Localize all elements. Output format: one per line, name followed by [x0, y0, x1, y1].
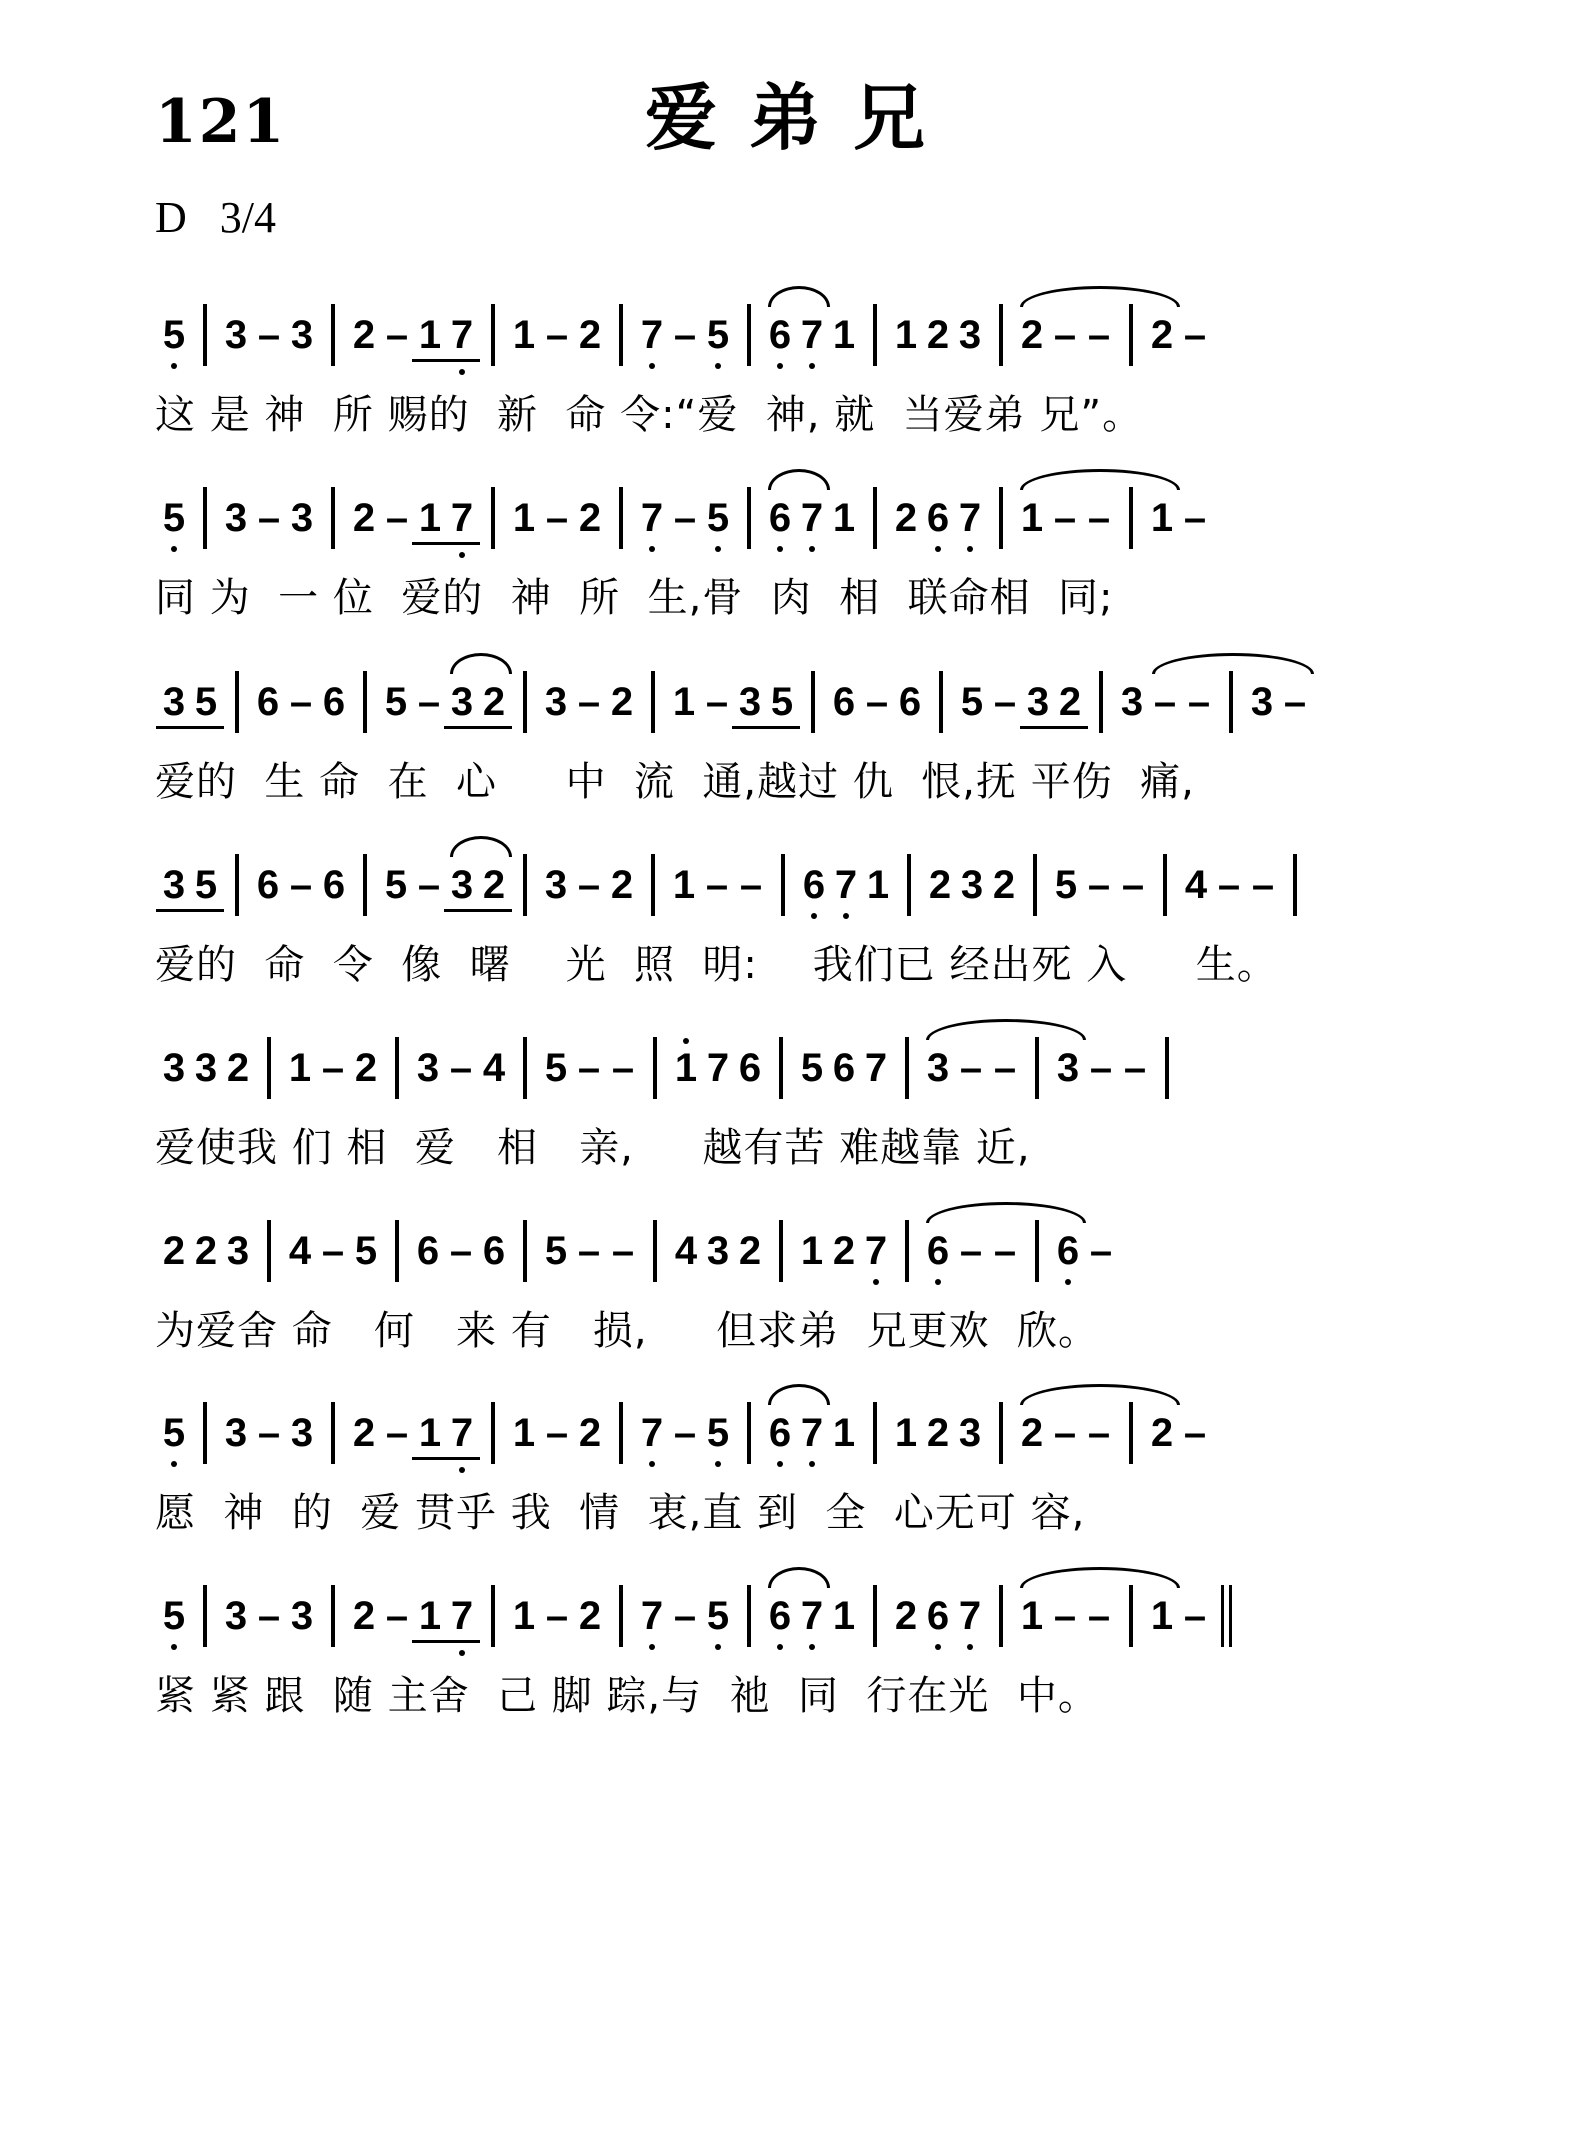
extension-dash: – [1148, 682, 1182, 722]
barline [350, 671, 380, 733]
note: 2 [190, 1231, 222, 1271]
barline [606, 487, 636, 549]
note: 1 [508, 315, 540, 355]
note: 3 [220, 1413, 252, 1453]
note: 5 [702, 498, 734, 538]
barline [606, 304, 636, 366]
barline [510, 671, 540, 733]
note: 3 [220, 315, 252, 355]
note: 2 [158, 1231, 190, 1271]
low-octave-dot [777, 1644, 783, 1650]
low-octave-dot [967, 546, 973, 552]
note: 6 [828, 1048, 860, 1088]
barline [1022, 1037, 1052, 1099]
extension-dash: – [412, 682, 446, 722]
extension-dash: – [734, 865, 768, 905]
note: 2 [350, 1048, 382, 1088]
underline-eighth [1052, 726, 1088, 729]
underline-eighth [412, 359, 448, 362]
note: 5 [540, 1231, 572, 1271]
note: 3 [190, 1048, 222, 1088]
low-octave-dot [967, 1644, 973, 1650]
underline-eighth [412, 1640, 448, 1643]
note: 3 [286, 1413, 318, 1453]
note: 4 [670, 1231, 702, 1271]
lyric-line-7: 愿 神 的 爱 贯乎 我 情 衷,直 到 全 心无可 容, [155, 1493, 1085, 1533]
barline [926, 671, 956, 733]
slur-arc [768, 1567, 830, 1588]
barline [478, 1585, 508, 1647]
extension-dash: – [606, 1231, 640, 1271]
hymn-title: 爱弟兄 [645, 82, 957, 154]
barline [638, 671, 668, 733]
extension-dash: – [1048, 1596, 1082, 1636]
notation-line-1: 53–32–171–27–56711232––2– [158, 300, 1212, 370]
note: 1 [284, 1048, 316, 1088]
note: 3 [540, 865, 572, 905]
barline [254, 1220, 284, 1282]
note: 7 [446, 1596, 478, 1636]
barline [734, 1585, 764, 1647]
underline-eighth [444, 1457, 480, 1460]
note: 6 [412, 1231, 444, 1271]
note: 6 [252, 865, 284, 905]
extension-dash: – [988, 682, 1022, 722]
extension-dash: – [606, 1048, 640, 1088]
note: 3 [1246, 682, 1278, 722]
note: 7 [636, 498, 668, 538]
low-octave-dot [649, 1461, 655, 1467]
lyric-line-4: 爱的 命 令 像 曙 光 照 明: 我们已 经出死 入 生。 [155, 945, 1278, 985]
note: 2 [1016, 1413, 1048, 1453]
final-double-barline [1212, 1585, 1242, 1647]
barline [606, 1585, 636, 1647]
lyric-line-6: 为爱舍 命 何 来 有 损, 但求弟 兄更欢 欣。 [155, 1311, 1099, 1351]
barline [190, 1585, 220, 1647]
barline [1116, 304, 1146, 366]
extension-dash: – [1278, 682, 1312, 722]
key-and-time-signature: D 3/4 [155, 196, 276, 240]
extension-dash: – [988, 1048, 1022, 1088]
note: 6 [478, 1231, 510, 1271]
note: 1 [414, 498, 446, 538]
note: 7 [796, 1413, 828, 1453]
barline [734, 487, 764, 549]
barline [1022, 1220, 1052, 1282]
underline-eighth [764, 726, 800, 729]
barline [798, 671, 828, 733]
low-octave-dot [459, 552, 465, 558]
extension-dash: – [1048, 1413, 1082, 1453]
extension-dash: – [380, 498, 414, 538]
barline [766, 1220, 796, 1282]
note: 3 [220, 498, 252, 538]
barline [478, 304, 508, 366]
note: 2 [574, 1413, 606, 1453]
low-octave-dot [935, 546, 941, 552]
note: 5 [380, 865, 412, 905]
barline [318, 304, 348, 366]
barline [1116, 1402, 1146, 1464]
barline [606, 1402, 636, 1464]
extension-dash: – [1178, 1413, 1212, 1453]
note: 3 [286, 315, 318, 355]
note: 6 [922, 498, 954, 538]
extension-dash: – [1116, 865, 1150, 905]
note: 1 [414, 315, 446, 355]
low-octave-dot [843, 913, 849, 919]
barline [734, 304, 764, 366]
note: 1 [668, 682, 700, 722]
note: 3 [702, 1231, 734, 1271]
extension-dash: – [1082, 865, 1116, 905]
note: 7 [796, 1596, 828, 1636]
note: 2 [1146, 315, 1178, 355]
note: 5 [190, 865, 222, 905]
note: 2 [734, 1231, 766, 1271]
low-octave-dot [715, 363, 721, 369]
note: 3 [540, 682, 572, 722]
extension-dash: – [412, 865, 446, 905]
note: 7 [860, 1231, 892, 1271]
slur-arc [1020, 1567, 1180, 1588]
note: 3 [1052, 1048, 1084, 1088]
note: 2 [1146, 1413, 1178, 1453]
extension-dash: – [380, 1413, 414, 1453]
note: 5 [702, 1413, 734, 1453]
underline-eighth [188, 726, 224, 729]
extension-dash: – [1178, 315, 1212, 355]
note: 2 [348, 315, 380, 355]
note: 3 [158, 682, 190, 722]
note: 7 [954, 1596, 986, 1636]
note: 1 [796, 1231, 828, 1271]
notation-line-6: 2234–56–65––4321276––6– [158, 1216, 1118, 1286]
low-octave-dot [715, 546, 721, 552]
note: 4 [478, 1048, 510, 1088]
note: 6 [1052, 1231, 1084, 1271]
barline [1280, 854, 1310, 916]
barline [640, 1220, 670, 1282]
note: 7 [860, 1048, 892, 1088]
extension-dash: – [572, 682, 606, 722]
note: 2 [348, 498, 380, 538]
barline [318, 487, 348, 549]
underline-eighth [476, 909, 512, 912]
barline [318, 1585, 348, 1647]
extension-dash: – [860, 682, 894, 722]
note: 2 [988, 865, 1020, 905]
note: 7 [796, 315, 828, 355]
extension-dash: – [1182, 682, 1216, 722]
note: 1 [862, 865, 894, 905]
note: 4 [284, 1231, 316, 1271]
low-octave-dot [777, 1461, 783, 1467]
note: 2 [922, 315, 954, 355]
extension-dash: – [1084, 1231, 1118, 1271]
barline [350, 854, 380, 916]
underline-eighth [156, 726, 192, 729]
note: 1 [670, 1048, 702, 1088]
note: 2 [574, 315, 606, 355]
notation-line-4: 356–65–323–21––6712325––4–– [158, 850, 1310, 920]
barline [1216, 671, 1246, 733]
note: 7 [446, 1413, 478, 1453]
note: 6 [798, 865, 830, 905]
lyric-line-8: 紧 紧 跟 随 主舍 己 脚 踪,与 祂 同 行在光 中。 [155, 1676, 1099, 1716]
barline [1150, 854, 1180, 916]
notation-line-7: 53–32–171–27–56711232––2– [158, 1398, 1212, 1468]
extension-dash: – [668, 1413, 702, 1453]
note: 7 [954, 498, 986, 538]
note: 1 [414, 1413, 446, 1453]
note: 2 [574, 1596, 606, 1636]
low-octave-dot [811, 913, 817, 919]
note: 1 [828, 315, 860, 355]
slur-arc [450, 836, 512, 857]
note: 6 [318, 865, 350, 905]
note: 5 [158, 315, 190, 355]
note: 3 [446, 865, 478, 905]
extension-dash: – [954, 1048, 988, 1088]
extension-dash: – [540, 498, 574, 538]
underline-eighth [412, 542, 448, 545]
slur-arc [1020, 286, 1180, 307]
slur-arc [768, 1384, 830, 1405]
note: 7 [636, 1413, 668, 1453]
barline [860, 1585, 890, 1647]
note: 3 [956, 865, 988, 905]
note: 1 [508, 1596, 540, 1636]
barline [640, 1037, 670, 1099]
extension-dash: – [540, 1413, 574, 1453]
note: 5 [702, 1596, 734, 1636]
extension-dash: – [1082, 498, 1116, 538]
note: 1 [828, 498, 860, 538]
note: 6 [734, 1048, 766, 1088]
note: 2 [478, 865, 510, 905]
note: 5 [158, 1596, 190, 1636]
note: 2 [924, 865, 956, 905]
lyric-line-5: 爱使我 们 相 爱 相 亲, 越有苦 难越靠 近, [155, 1128, 1031, 1168]
note: 5 [1050, 865, 1082, 905]
slur-arc [768, 469, 830, 490]
barline [382, 1037, 412, 1099]
note: 3 [1116, 682, 1148, 722]
note: 6 [252, 682, 284, 722]
note: 2 [574, 498, 606, 538]
note: 7 [796, 498, 828, 538]
low-octave-dot [459, 1650, 465, 1656]
note: 3 [158, 1048, 190, 1088]
note: 3 [954, 1413, 986, 1453]
note: 5 [796, 1048, 828, 1088]
note: 2 [922, 1413, 954, 1453]
barline [860, 304, 890, 366]
note: 1 [414, 1596, 446, 1636]
low-octave-dot [171, 1644, 177, 1650]
note: 2 [890, 1596, 922, 1636]
low-octave-dot [873, 1279, 879, 1285]
barline [510, 854, 540, 916]
barline [318, 1402, 348, 1464]
extension-dash: – [284, 865, 318, 905]
barline [190, 487, 220, 549]
hymn-number: 121 [155, 92, 286, 152]
barline [222, 854, 252, 916]
low-octave-dot [459, 369, 465, 375]
note: 3 [922, 1048, 954, 1088]
note: 5 [190, 682, 222, 722]
extension-dash: – [252, 498, 286, 538]
low-octave-dot [777, 363, 783, 369]
extension-dash: – [252, 1413, 286, 1453]
note: 7 [446, 498, 478, 538]
note: 2 [828, 1231, 860, 1271]
underline-eighth [444, 359, 480, 362]
note: 3 [954, 315, 986, 355]
note: 1 [668, 865, 700, 905]
extension-dash: – [1082, 1413, 1116, 1453]
extension-dash: – [988, 1231, 1022, 1271]
low-octave-dot [1065, 1279, 1071, 1285]
note: 3 [220, 1596, 252, 1636]
barline [986, 304, 1016, 366]
barline [222, 671, 252, 733]
note: 1 [828, 1596, 860, 1636]
barline [860, 1402, 890, 1464]
note: 3 [286, 1596, 318, 1636]
note: 5 [158, 498, 190, 538]
note: 5 [350, 1231, 382, 1271]
slur-arc [450, 653, 512, 674]
underline-eighth [188, 909, 224, 912]
notation-line-3: 356–65–323–21–356–65–323––3– [158, 667, 1312, 737]
lyric-line-3: 爱的 生 命 在 心 中 流 通,越过 仇 恨,抚 平伤 痛, [155, 762, 1195, 802]
underline-eighth [476, 726, 512, 729]
note: 5 [956, 682, 988, 722]
barline [1152, 1037, 1182, 1099]
note: 5 [158, 1413, 190, 1453]
note: 1 [1146, 1596, 1178, 1636]
low-octave-dot [171, 1461, 177, 1467]
underline-eighth [156, 909, 192, 912]
note: 4 [1180, 865, 1212, 905]
low-octave-dot [777, 546, 783, 552]
barline [382, 1220, 412, 1282]
low-octave-dot [809, 546, 815, 552]
barline [190, 1402, 220, 1464]
barline [190, 304, 220, 366]
underline-eighth [444, 542, 480, 545]
note: 2 [890, 498, 922, 538]
notation-line-2: 53–32–171–27–56712671––1– [158, 483, 1212, 553]
note: 5 [540, 1048, 572, 1088]
underline-eighth [1020, 726, 1056, 729]
note: 2 [1016, 315, 1048, 355]
barline [478, 487, 508, 549]
note: 2 [222, 1048, 254, 1088]
note: 2 [1054, 682, 1086, 722]
extension-dash: – [668, 1596, 702, 1636]
low-octave-dot [935, 1644, 941, 1650]
note: 2 [606, 682, 638, 722]
extension-dash: – [668, 498, 702, 538]
barline [766, 1037, 796, 1099]
extension-dash: – [1178, 498, 1212, 538]
barline [510, 1220, 540, 1282]
extension-dash: – [700, 682, 734, 722]
note: 1 [508, 1413, 540, 1453]
note: 6 [922, 1596, 954, 1636]
barline [1020, 854, 1050, 916]
slur-arc [768, 286, 830, 307]
slur-arc [926, 1202, 1086, 1223]
extension-dash: – [316, 1048, 350, 1088]
note: 1 [890, 315, 922, 355]
barline [1116, 1585, 1146, 1647]
note: 1 [1146, 498, 1178, 538]
extension-dash: – [1048, 498, 1082, 538]
notation-line-8: 53–32–171–27–56712671––1– [158, 1581, 1242, 1651]
extension-dash: – [444, 1048, 478, 1088]
note: 7 [446, 315, 478, 355]
note: 6 [922, 1231, 954, 1271]
barline [986, 1585, 1016, 1647]
note: 3 [158, 865, 190, 905]
note: 3 [286, 498, 318, 538]
low-octave-dot [649, 363, 655, 369]
low-octave-dot [171, 546, 177, 552]
barline [638, 854, 668, 916]
barline [768, 854, 798, 916]
lyric-line-2: 同 为 一 位 爱的 神 所 生,骨 肉 相 联命相 同; [155, 578, 1114, 618]
note: 3 [446, 682, 478, 722]
note: 5 [702, 315, 734, 355]
extension-dash: – [1178, 1596, 1212, 1636]
extension-dash: – [540, 315, 574, 355]
note: 2 [606, 865, 638, 905]
note: 6 [318, 682, 350, 722]
note: 5 [380, 682, 412, 722]
extension-dash: – [1246, 865, 1280, 905]
low-octave-dot [809, 1644, 815, 1650]
extension-dash: – [572, 865, 606, 905]
barline [734, 1402, 764, 1464]
extension-dash: – [316, 1231, 350, 1271]
underline-eighth [444, 726, 480, 729]
barline [986, 1402, 1016, 1464]
extension-dash: – [380, 315, 414, 355]
underline-eighth [444, 909, 480, 912]
underline-eighth [412, 1457, 448, 1460]
underline-eighth [732, 726, 768, 729]
note: 3 [1022, 682, 1054, 722]
extension-dash: – [540, 1596, 574, 1636]
slur-arc [1020, 1384, 1180, 1405]
extension-dash: – [700, 865, 734, 905]
note: 5 [766, 682, 798, 722]
high-octave-dot [683, 1038, 689, 1044]
barline [860, 487, 890, 549]
note: 2 [478, 682, 510, 722]
low-octave-dot [459, 1467, 465, 1473]
note: 7 [702, 1048, 734, 1088]
note: 1 [1016, 1596, 1048, 1636]
barline [892, 1037, 922, 1099]
barline [986, 487, 1016, 549]
extension-dash: – [668, 315, 702, 355]
